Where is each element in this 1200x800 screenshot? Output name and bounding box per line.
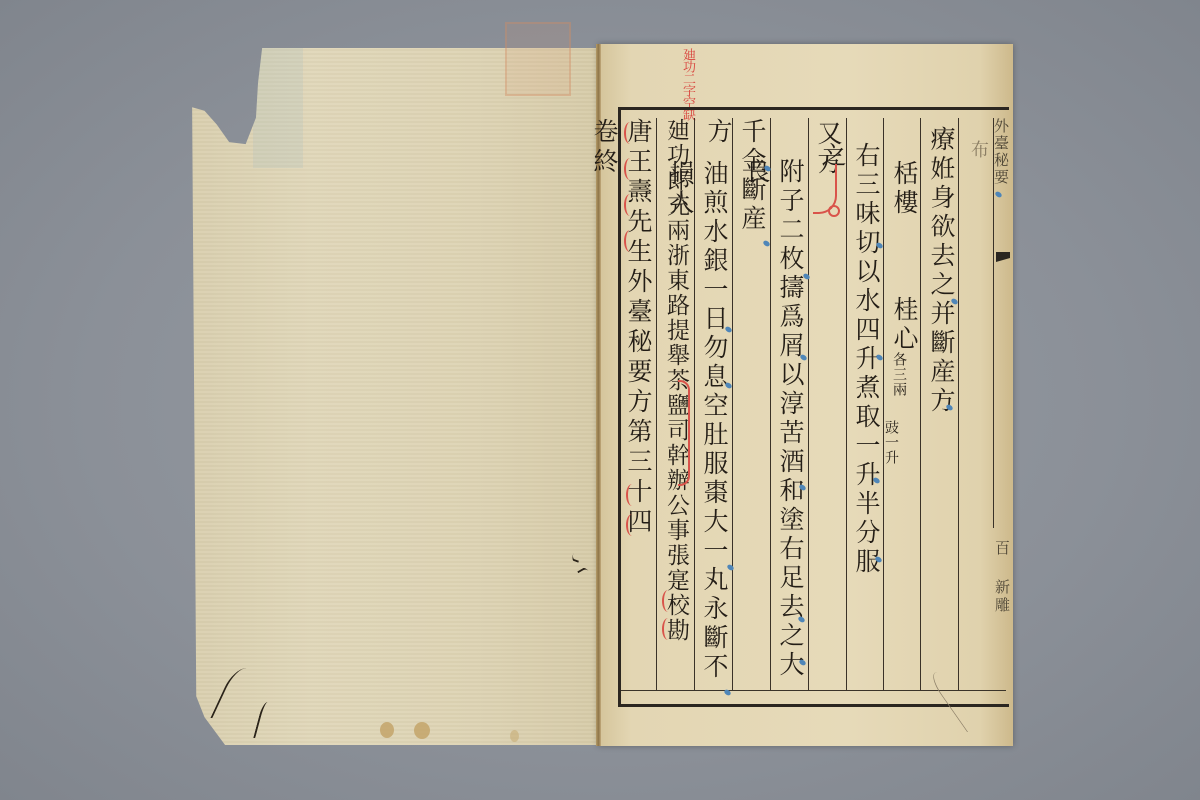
column-text: 療姙身欲去之并斷産方	[927, 126, 956, 416]
text-column-ingredients: 栝樓	[887, 160, 921, 230]
column-text: 布	[968, 140, 989, 162]
red-mark	[624, 122, 636, 144]
red-circle-mark	[828, 205, 840, 217]
page-margin-bottom: 百 新雕	[997, 540, 1013, 700]
text-column-ingredients: 豉一升	[882, 420, 908, 500]
stain-spot	[380, 722, 394, 738]
column-rule	[770, 118, 771, 690]
ingredient-2: 桂心	[890, 296, 919, 354]
text-column-faint: 布	[961, 140, 995, 240]
text-column-instructions: 右三味切以水四升煮取一升半分服之	[849, 142, 883, 602]
stain-spot	[414, 722, 430, 739]
red-mark	[626, 514, 638, 536]
book-title-margin: 外臺秘要	[996, 118, 1012, 238]
ingredient-1: 栝樓	[890, 160, 919, 218]
red-mark	[626, 484, 638, 506]
paper-texture	[188, 48, 600, 745]
ingredient-3: 豉一升	[883, 420, 899, 465]
red-mark	[662, 618, 674, 640]
red-mark	[662, 590, 674, 612]
ingredient-dose-note: 各三兩	[891, 352, 907, 397]
column-rule	[958, 118, 959, 690]
left-page-blank	[188, 48, 600, 745]
stain-spot	[510, 730, 519, 742]
red-mark	[624, 158, 636, 180]
red-mark	[624, 194, 636, 216]
text-column-heading: 千金斷産方	[735, 118, 769, 258]
paper-discoloration	[253, 48, 303, 168]
text-column-title: 療姙身欲去之并斷産方	[924, 126, 958, 686]
red-mark	[624, 230, 636, 252]
column-rule	[808, 118, 809, 690]
bleedthrough-text	[732, 300, 754, 680]
text-column-recipe: 油煎水銀一日勿息空肚服棗大一丸永斷不損人	[697, 160, 731, 700]
column-rule	[656, 118, 657, 690]
red-bracket-mark	[678, 380, 690, 486]
text-column-ingredient-note: 各三兩	[890, 352, 916, 422]
seal-bleedthrough	[505, 22, 571, 96]
column-rule	[883, 118, 884, 690]
column-rule	[846, 118, 847, 690]
